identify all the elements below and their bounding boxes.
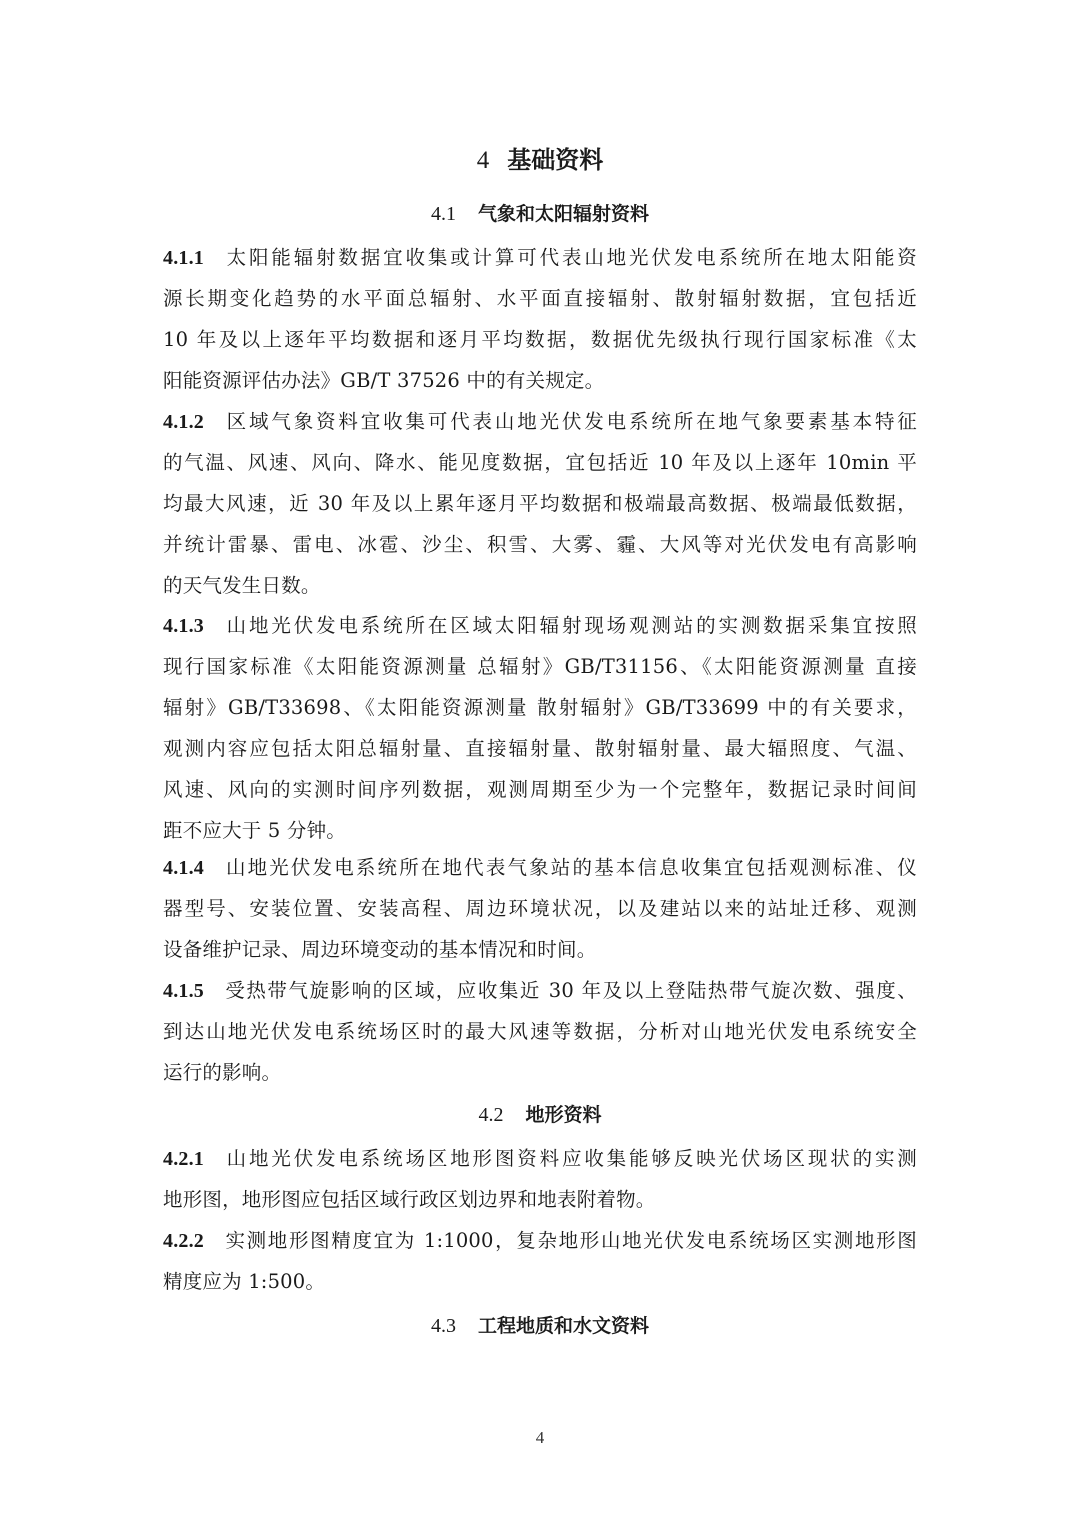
clause-text: 山地光伏发电系统场区地形图资料应收集能够反映光伏场区现状的实测 bbox=[224, 1147, 917, 1170]
clause-line: 现行国家标准《太阳能资源测量 总辐射》GB/T31156、《太阳能资源测量 直接 bbox=[163, 646, 917, 687]
clause-line: 的天气发生日数。 bbox=[163, 565, 917, 606]
section-title-4-2: 4.2地形资料 bbox=[0, 1100, 1080, 1130]
clause-text: 区域气象资料宜收集可代表山地光伏发电系统所在地气象要素基本特征 bbox=[224, 410, 917, 433]
chapter-number: 4 bbox=[477, 147, 490, 174]
clause-number: 4.2.2 bbox=[163, 1230, 204, 1252]
clause-line: 4.1.3山地光伏发电系统所在区域太阳辐射现场观测站的实测数据采集宜按照 bbox=[163, 605, 917, 646]
clause-line: 精度应为 1:500。 bbox=[163, 1261, 917, 1302]
section-number: 4.2 bbox=[478, 1104, 503, 1126]
clause-number: 4.1.2 bbox=[163, 411, 204, 433]
chapter-title: 4基础资料 bbox=[0, 142, 1080, 179]
section-title-text: 地形资料 bbox=[525, 1104, 601, 1126]
clause-line: 设备维护记录、周边环境变动的基本情况和时间。 bbox=[163, 929, 917, 970]
clause-text: 山地光伏发电系统所在地代表气象站的基本信息收集宜包括观测标准、仪 bbox=[224, 856, 917, 879]
clause-line: 4.1.4山地光伏发电系统所在地代表气象站的基本信息收集宜包括观测标准、仪 bbox=[163, 847, 917, 888]
clause-line: 4.2.1山地光伏发电系统场区地形图资料应收集能够反映光伏场区现状的实测 bbox=[163, 1138, 917, 1179]
section-title-4-1: 4.1气象和太阳辐射资料 bbox=[0, 199, 1080, 229]
clause-line: 距不应大于 5 分钟。 bbox=[163, 810, 917, 851]
clause-number: 4.1.5 bbox=[163, 980, 204, 1002]
clause-4-1-5: 4.1.5受热带气旋影响的区域，应收集近 30 年及以上登陆热带气旋次数、强度、… bbox=[163, 970, 917, 1093]
clause-text: 山地光伏发电系统所在区域太阳辐射现场观测站的实测数据采集宜按照 bbox=[224, 614, 917, 637]
document-page: 4基础资料 4.1气象和太阳辐射资料 4.1.1太阳能辐射数据宜收集或计算可代表… bbox=[0, 0, 1080, 1528]
clause-line: 辐射》GB/T33698、《太阳能资源测量 散射辐射》GB/T33699 中的有… bbox=[163, 687, 917, 728]
clause-number: 4.2.1 bbox=[163, 1148, 204, 1170]
section-number: 4.1 bbox=[431, 203, 456, 225]
clause-line: 4.1.1太阳能辐射数据宜收集或计算可代表山地光伏发电系统所在地太阳能资 bbox=[163, 237, 917, 278]
clause-line: 4.2.2实测地形图精度宜为 1:1000，复杂地形山地光伏发电系统场区实测地形… bbox=[163, 1220, 917, 1261]
clause-line: 风速、风向的实测时间序列数据，观测周期至少为一个完整年，数据记录时间间 bbox=[163, 769, 917, 810]
clause-line: 观测内容应包括太阳总辐射量、直接辐射量、散射辐射量、最大辐照度、气温、 bbox=[163, 728, 917, 769]
clause-line: 的气温、风速、风向、降水、能见度数据，宜包括近 10 年及以上逐年 10min … bbox=[163, 442, 917, 483]
clause-number: 4.1.4 bbox=[163, 857, 204, 879]
clause-number: 4.1.3 bbox=[163, 615, 204, 637]
clause-line: 运行的影响。 bbox=[163, 1052, 917, 1093]
clause-line: 4.1.2区域气象资料宜收集可代表山地光伏发电系统所在地气象要素基本特征 bbox=[163, 401, 917, 442]
clause-line: 均最大风速，近 30 年及以上累年逐月平均数据和极端最高数据、极端最低数据， bbox=[163, 483, 917, 524]
clause-line: 10 年及以上逐年平均数据和逐月平均数据，数据优先级执行现行国家标准《太 bbox=[163, 319, 917, 360]
section-title-text: 工程地质和水文资料 bbox=[478, 1315, 649, 1337]
clause-line: 阳能资源评估办法》GB/T 37526 中的有关规定。 bbox=[163, 360, 917, 401]
clause-line: 并统计雷暴、雷电、冰雹、沙尘、积雪、大雾、霾、大风等对光伏发电有高影响 bbox=[163, 524, 917, 565]
clause-4-2-1: 4.2.1山地光伏发电系统场区地形图资料应收集能够反映光伏场区现状的实测 地形图… bbox=[163, 1138, 917, 1220]
clause-4-1-3: 4.1.3山地光伏发电系统所在区域太阳辐射现场观测站的实测数据采集宜按照 现行国… bbox=[163, 605, 917, 851]
clause-4-2-2: 4.2.2实测地形图精度宜为 1:1000，复杂地形山地光伏发电系统场区实测地形… bbox=[163, 1220, 917, 1302]
clause-line: 到达山地光伏发电系统场区时的最大风速等数据，分析对山地光伏发电系统安全 bbox=[163, 1011, 917, 1052]
clause-text: 太阳能辐射数据宜收集或计算可代表山地光伏发电系统所在地太阳能资 bbox=[224, 246, 917, 269]
clause-number: 4.1.1 bbox=[163, 247, 204, 269]
clause-4-1-2: 4.1.2区域气象资料宜收集可代表山地光伏发电系统所在地气象要素基本特征 的气温… bbox=[163, 401, 917, 606]
clause-line: 地形图，地形图应包括区域行政区划边界和地表附着物。 bbox=[163, 1179, 917, 1220]
section-number: 4.3 bbox=[431, 1315, 456, 1337]
clause-text: 实测地形图精度宜为 1:1000，复杂地形山地光伏发电系统场区实测地形图 bbox=[224, 1229, 917, 1252]
clause-4-1-1: 4.1.1太阳能辐射数据宜收集或计算可代表山地光伏发电系统所在地太阳能资 源长期… bbox=[163, 237, 917, 401]
section-title-text: 气象和太阳辐射资料 bbox=[478, 203, 649, 225]
clause-line: 4.1.5受热带气旋影响的区域，应收集近 30 年及以上登陆热带气旋次数、强度、 bbox=[163, 970, 917, 1011]
chapter-title-text: 基础资料 bbox=[507, 146, 603, 174]
clause-line: 源长期变化趋势的水平面总辐射、水平面直接辐射、散射辐射数据，宜包括近 bbox=[163, 278, 917, 319]
section-title-4-3: 4.3工程地质和水文资料 bbox=[0, 1311, 1080, 1341]
clause-4-1-4: 4.1.4山地光伏发电系统所在地代表气象站的基本信息收集宜包括观测标准、仪 器型… bbox=[163, 847, 917, 970]
clause-line: 器型号、安装位置、安装高程、周边环境状况，以及建站以来的站址迁移、观测 bbox=[163, 888, 917, 929]
clause-text: 受热带气旋影响的区域，应收集近 30 年及以上登陆热带气旋次数、强度、 bbox=[224, 979, 917, 1002]
page-number: 4 bbox=[0, 1428, 1080, 1448]
